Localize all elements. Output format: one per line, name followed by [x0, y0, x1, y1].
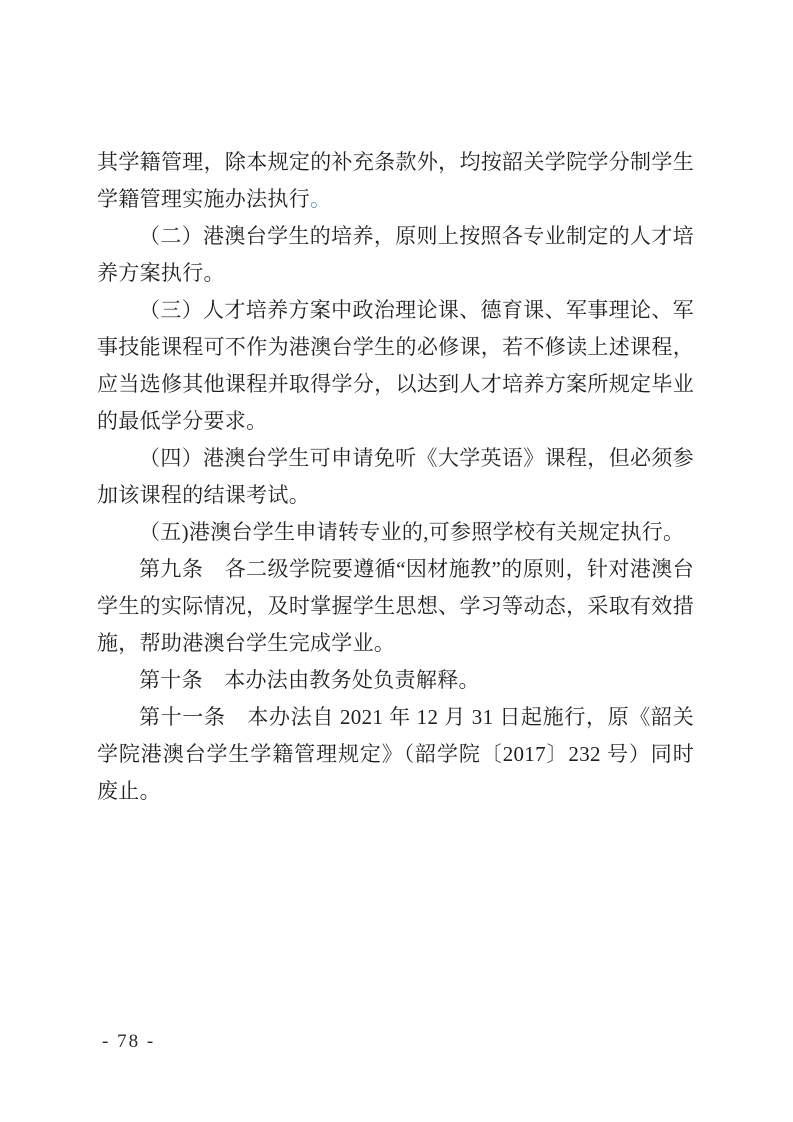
paragraph-1-blue-period: 。: [310, 187, 331, 211]
paragraph-article-10: 第十条 本办法由教务处负责解释。: [97, 662, 694, 699]
paragraph-continuation: 其学籍管理，除本规定的补充条款外，均按韶关学院学分制学生学籍管理实施办法执行。: [97, 144, 694, 218]
scanned-document-screenshot: { "page": { "number": "- 78 -", "backgro…: [0, 0, 793, 1122]
paragraph-item-5: （五)港澳台学生申请转专业的,可参照学校有关规定执行。: [97, 514, 694, 551]
paragraph-1-text: 其学籍管理，除本规定的补充条款外，均按韶关学院学分制学生学籍管理实施办法执行: [97, 150, 694, 211]
paragraph-article-11: 第十一条 本办法自 2021 年 12 月 31 日起施行，原《韶关学院港澳台学…: [97, 699, 694, 810]
page-number: - 78 -: [102, 1028, 155, 1056]
paragraph-item-3: （三）人才培养方案中政治理论课、德育课、军事理论、军事技能课程可不作为港澳台学生…: [97, 292, 694, 440]
body-text: 其学籍管理，除本规定的补充条款外，均按韶关学院学分制学生学籍管理实施办法执行。 …: [97, 144, 694, 810]
paragraph-article-9: 第九条 各二级学院要遵循“因材施教”的原则，针对港澳台学生的实际情况，及时掌握学…: [97, 551, 694, 662]
paragraph-item-2: （二）港澳台学生的培养，原则上按照各专业制定的人才培养方案执行。: [97, 218, 694, 292]
document-page: 其学籍管理，除本规定的补充条款外，均按韶关学院学分制学生学籍管理实施办法执行。 …: [0, 0, 793, 1122]
paragraph-item-4: （四）港澳台学生可申请免听《大学英语》课程，但必须参加该课程的结课考试。: [97, 440, 694, 514]
